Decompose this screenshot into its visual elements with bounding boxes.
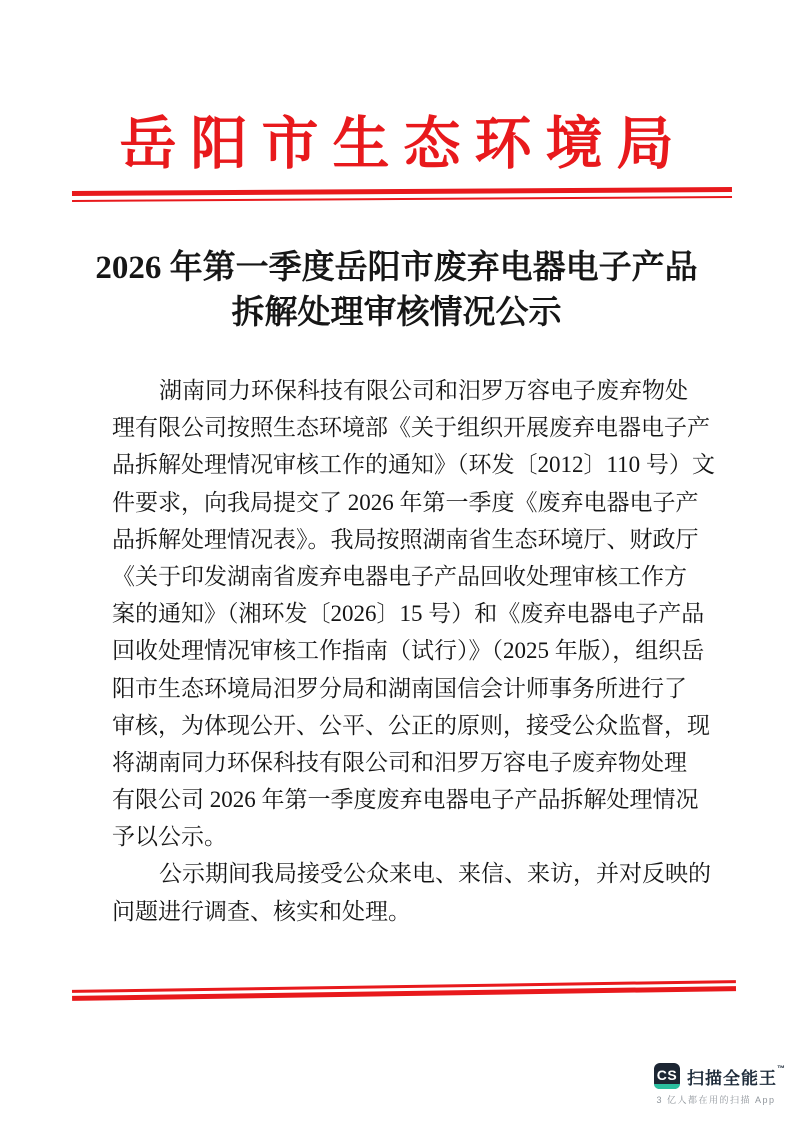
body-line: 有限公司 2026 年第一季度废弃电器电子产品拆解处理情况 — [112, 781, 671, 818]
document-title-line2: 拆解处理审核情况公示 — [0, 291, 793, 336]
camscanner-app-name-text: 扫描全能王 — [687, 1069, 777, 1088]
body-line: 阳市生态环境局汨罗分局和湖南国信会计师事务所进行了 — [112, 670, 671, 707]
trademark-symbol: ™ — [777, 1064, 786, 1073]
body-line: 品拆解处理情况审核工作的通知》（环发〔2012〕110 号）文 — [112, 446, 671, 483]
body-line: 公示期间我局接受公众来电、来信、来访，并对反映的 — [112, 855, 671, 892]
body-line: 问题进行调查、核实和处理。 — [112, 893, 671, 930]
header-divider — [72, 187, 732, 202]
camscanner-tagline: 3 亿人都在用的扫描 App — [646, 1093, 786, 1106]
camscanner-badge-text: CS — [657, 1067, 677, 1083]
body-line: 品拆解处理情况表》。我局按照湖南省生态环境厅、财政厅 — [112, 521, 671, 558]
body-line: 《关于印发湖南省废弃电器电子产品回收处理审核工作方 — [112, 558, 671, 595]
body-line: 回收处理情况审核工作指南（试行）》（2025 年版），组织岳 — [112, 632, 671, 669]
camscanner-watermark: CS 扫描全能王™ 3 亿人都在用的扫描 App — [646, 1063, 786, 1106]
camscanner-badge-stripe — [654, 1084, 680, 1089]
document-title: 2026 年第一季度岳阳市废弃电器电子产品 拆解处理审核情况公示 — [0, 246, 793, 336]
footer-divider — [72, 980, 736, 1000]
body-line: 将湖南同力环保科技有限公司和汨罗万容电子废弃物处理 — [112, 744, 671, 781]
camscanner-logo-row: CS 扫描全能王™ — [646, 1063, 786, 1089]
document-page: 岳阳市生态环境局 2026 年第一季度岳阳市废弃电器电子产品 拆解处理审核情况公… — [0, 0, 793, 1122]
letterhead-title: 岳阳市生态环境局 — [0, 98, 793, 180]
camscanner-logo-icon: CS — [654, 1063, 680, 1089]
header-divider-thin-line — [72, 196, 732, 202]
body-line: 湖南同力环保科技有限公司和汨罗万容电子废弃物处 — [112, 372, 671, 409]
body-line: 件要求，向我局提交了 2026 年第一季度《废弃电器电子产 — [112, 484, 671, 521]
body-line: 审核，为体现公开、公平、公正的原则，接受公众监督，现 — [112, 707, 671, 744]
document-title-line1: 2026 年第一季度岳阳市废弃电器电子产品 — [0, 246, 793, 291]
body-line: 理有限公司按照生态环境部《关于组织开展废弃电器电子产 — [112, 409, 671, 446]
camscanner-app-name: 扫描全能王™ — [687, 1064, 786, 1089]
body-line: 予以公示。 — [112, 818, 671, 855]
header-divider-thick-line — [72, 187, 732, 196]
body-line: 案的通知》（湘环发〔2026〕15 号）和《废弃电器电子产品 — [112, 595, 671, 632]
document-body: 湖南同力环保科技有限公司和汨罗万容电子废弃物处 理有限公司按照生态环境部《关于组… — [112, 372, 671, 930]
